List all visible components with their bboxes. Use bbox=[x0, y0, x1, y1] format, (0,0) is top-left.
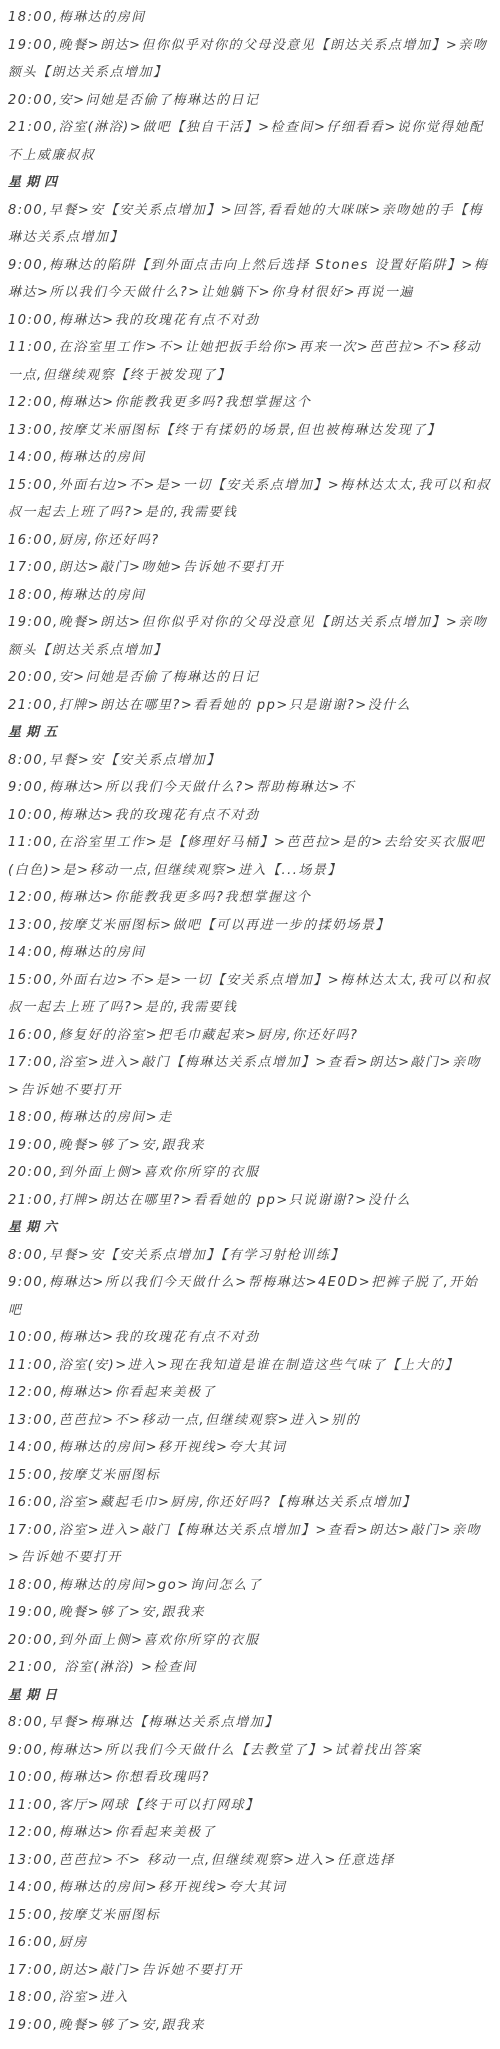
schedule-entry: 16:00,浴室>藏起毛巾>厨房,你还好吗?【梅琳达关系点增加】 bbox=[8, 1489, 492, 1517]
schedule-entry: 8:00,早餐>梅琳达【梅琳达关系点增加】 bbox=[8, 1709, 492, 1737]
day-header: 星期六 bbox=[8, 1214, 492, 1242]
schedule-entry: 19:00,晚餐>够了>安,跟我来 bbox=[8, 2012, 492, 2040]
day-header: 星期四 bbox=[8, 169, 492, 197]
schedule-entry: 12:00,梅琳达>你看起来美极了 bbox=[8, 1379, 492, 1407]
schedule-entry: 21:00,浴室(淋浴)>做吧【独自干活】>检查间>仔细看看>说你觉得她配不上威… bbox=[8, 114, 492, 169]
schedule-entry: 20:00,安>问她是否偷了梅琳达的日记 bbox=[8, 664, 492, 692]
schedule-entry: 19:00,晚餐>够了>安,跟我来 bbox=[8, 1132, 492, 1160]
schedule-entry: 13:00,按摩艾米丽图标【终于有揉奶的场景,但也被梅琳达发现了】 bbox=[8, 417, 492, 445]
schedule-entry: 9:00,梅琳达>所以我们今天做什么?>帮助梅琳达>不 bbox=[8, 774, 492, 802]
schedule-entry: 8:00,早餐>安【安关系点增加】 bbox=[8, 747, 492, 775]
schedule-entry: 16:00,修复好的浴室>把毛巾藏起来>厨房,你还好吗? bbox=[8, 1022, 492, 1050]
walkthrough-document: 18:00,梅琳达的房间19:00,晚餐>朗达>但你似乎对你的父母没意见【朗达关… bbox=[0, 0, 500, 2049]
schedule-entry: 19:00,晚餐>够了>安,跟我来 bbox=[8, 1599, 492, 1627]
schedule-entry: 18:00,浴室>进入 bbox=[8, 1984, 492, 2012]
schedule-entry: 20:00,到外面上侧>喜欢你所穿的衣服 bbox=[8, 1627, 492, 1655]
schedule-entry: 10:00,梅琳达>我的玫瑰花有点不对劲 bbox=[8, 802, 492, 830]
schedule-entry: 10:00,梅琳达>我的玫瑰花有点不对劲 bbox=[8, 307, 492, 335]
schedule-entry: 17:00,朗达>敲门>吻她>告诉她不要打开 bbox=[8, 554, 492, 582]
schedule-entry: 14:00,梅琳达的房间 bbox=[8, 444, 492, 472]
schedule-entry: 14:00,梅琳达的房间>移开视线>夸大其词 bbox=[8, 1874, 492, 1902]
schedule-entry: 11:00,客厅>网球【终于可以打网球】 bbox=[8, 1792, 492, 1820]
schedule-entry: 11:00,在浴室里工作>是【修理好马桶】>芭芭拉>是的>去给安买衣服吧(白色)… bbox=[8, 829, 492, 884]
schedule-entry: 15:00,按摩艾米丽图标 bbox=[8, 1902, 492, 1930]
schedule-entry: 14:00,梅琳达的房间 bbox=[8, 939, 492, 967]
day-header: 星期日 bbox=[8, 1682, 492, 1710]
schedule-entry: 13:00,芭芭拉>不> 移动一点,但继续观察>进入>任意选择 bbox=[8, 1847, 492, 1875]
schedule-entry: 15:00,外面右边>不>是>一切【安关系点增加】>梅林达太太,我可以和叔叔一起… bbox=[8, 967, 492, 1022]
schedule-entry: 13:00,按摩艾米丽图标>做吧【可以再进一步的揉奶场景】 bbox=[8, 912, 492, 940]
schedule-entry: 10:00,梅琳达>你想看玫瑰吗? bbox=[8, 1764, 492, 1792]
schedule-entry: 16:00,厨房,你还好吗? bbox=[8, 527, 492, 555]
schedule-entry: 12:00,梅琳达>你能教我更多吗?我想掌握这个 bbox=[8, 884, 492, 912]
schedule-entry: 14:00,梅琳达的房间>移开视线>夸大其词 bbox=[8, 1434, 492, 1462]
schedule-entry: 21:00,打牌>朗达在哪里?>看看她的 pp>只是谢谢?>没什么 bbox=[8, 692, 492, 720]
schedule-entry: 20:00,安>问她是否偷了梅琳达的日记 bbox=[8, 87, 492, 115]
schedule-entry: 12:00,梅琳达>你看起来美极了 bbox=[8, 1819, 492, 1847]
schedule-entry: 8:00,早餐>安【安关系点增加】>回答,看看她的大咪咪>亲吻她的手【梅琳达关系… bbox=[8, 197, 492, 252]
schedule-entry: 18:00,梅琳达的房间>go>询问怎么了 bbox=[8, 1572, 492, 1600]
schedule-entry: 9:00,梅琳达>所以我们今天做什么【去教堂了】>试着找出答案 bbox=[8, 1737, 492, 1765]
schedule-entry: 9:00,梅琳达的陷阱【到外面点击向上然后选择 Stones 设置好陷阱】>梅琳… bbox=[8, 252, 492, 307]
schedule-entry: 10:00,梅琳达>我的玫瑰花有点不对劲 bbox=[8, 1324, 492, 1352]
schedule-entry: 17:00,朗达>敲门>告诉她不要打开 bbox=[8, 1957, 492, 1985]
schedule-entry: 19:00,晚餐>朗达>但你似乎对你的父母没意见【朗达关系点增加】>亲吻额头【朗… bbox=[8, 609, 492, 664]
schedule-entry: 11:00,浴室(安)>进入>现在我知道是谁在制造这些气味了【上大的】 bbox=[8, 1352, 492, 1380]
schedule-entry: 17:00,浴室>进入>敲门【梅琳达关系点增加】>查看>朗达>敲门>亲吻>告诉她… bbox=[8, 1517, 492, 1572]
schedule-entry: 13:00,芭芭拉>不>移动一点,但继续观察>进入>别的 bbox=[8, 1407, 492, 1435]
schedule-list: 18:00,梅琳达的房间19:00,晚餐>朗达>但你似乎对你的父母没意见【朗达关… bbox=[8, 4, 492, 2039]
day-header: 星期五 bbox=[8, 719, 492, 747]
schedule-entry: 8:00,早餐>安【安关系点增加】【有学习射枪训练】 bbox=[8, 1242, 492, 1270]
schedule-entry: 16:00,厨房 bbox=[8, 1929, 492, 1957]
schedule-entry: 21:00, 浴室(淋浴) >检查间 bbox=[8, 1654, 492, 1682]
schedule-entry: 19:00,晚餐>朗达>但你似乎对你的父母没意见【朗达关系点增加】>亲吻额头【朗… bbox=[8, 32, 492, 87]
schedule-entry: 11:00,在浴室里工作>不>让她把扳手给你>再来一次>芭芭拉>不>移动一点,但… bbox=[8, 334, 492, 389]
schedule-entry: 18:00,梅琳达的房间 bbox=[8, 582, 492, 610]
schedule-entry: 9:00,梅琳达>所以我们今天做什么>帮梅琳达>4E0D>把裤子脱了,开始吧 bbox=[8, 1269, 492, 1324]
schedule-entry: 18:00,梅琳达的房间>走 bbox=[8, 1104, 492, 1132]
schedule-entry: 17:00,浴室>进入>敲门【梅琳达关系点增加】>查看>朗达>敲门>亲吻>告诉她… bbox=[8, 1049, 492, 1104]
schedule-entry: 12:00,梅琳达>你能教我更多吗?我想掌握这个 bbox=[8, 389, 492, 417]
schedule-entry: 20:00,到外面上侧>喜欢你所穿的衣服 bbox=[8, 1159, 492, 1187]
schedule-entry: 21:00,打牌>朗达在哪里?>看看她的 pp>只说谢谢?>没什么 bbox=[8, 1187, 492, 1215]
schedule-entry: 18:00,梅琳达的房间 bbox=[8, 4, 492, 32]
schedule-entry: 15:00,按摩艾米丽图标 bbox=[8, 1462, 492, 1490]
schedule-entry: 15:00,外面右边>不>是>一切【安关系点增加】>梅林达太太,我可以和叔叔一起… bbox=[8, 472, 492, 527]
